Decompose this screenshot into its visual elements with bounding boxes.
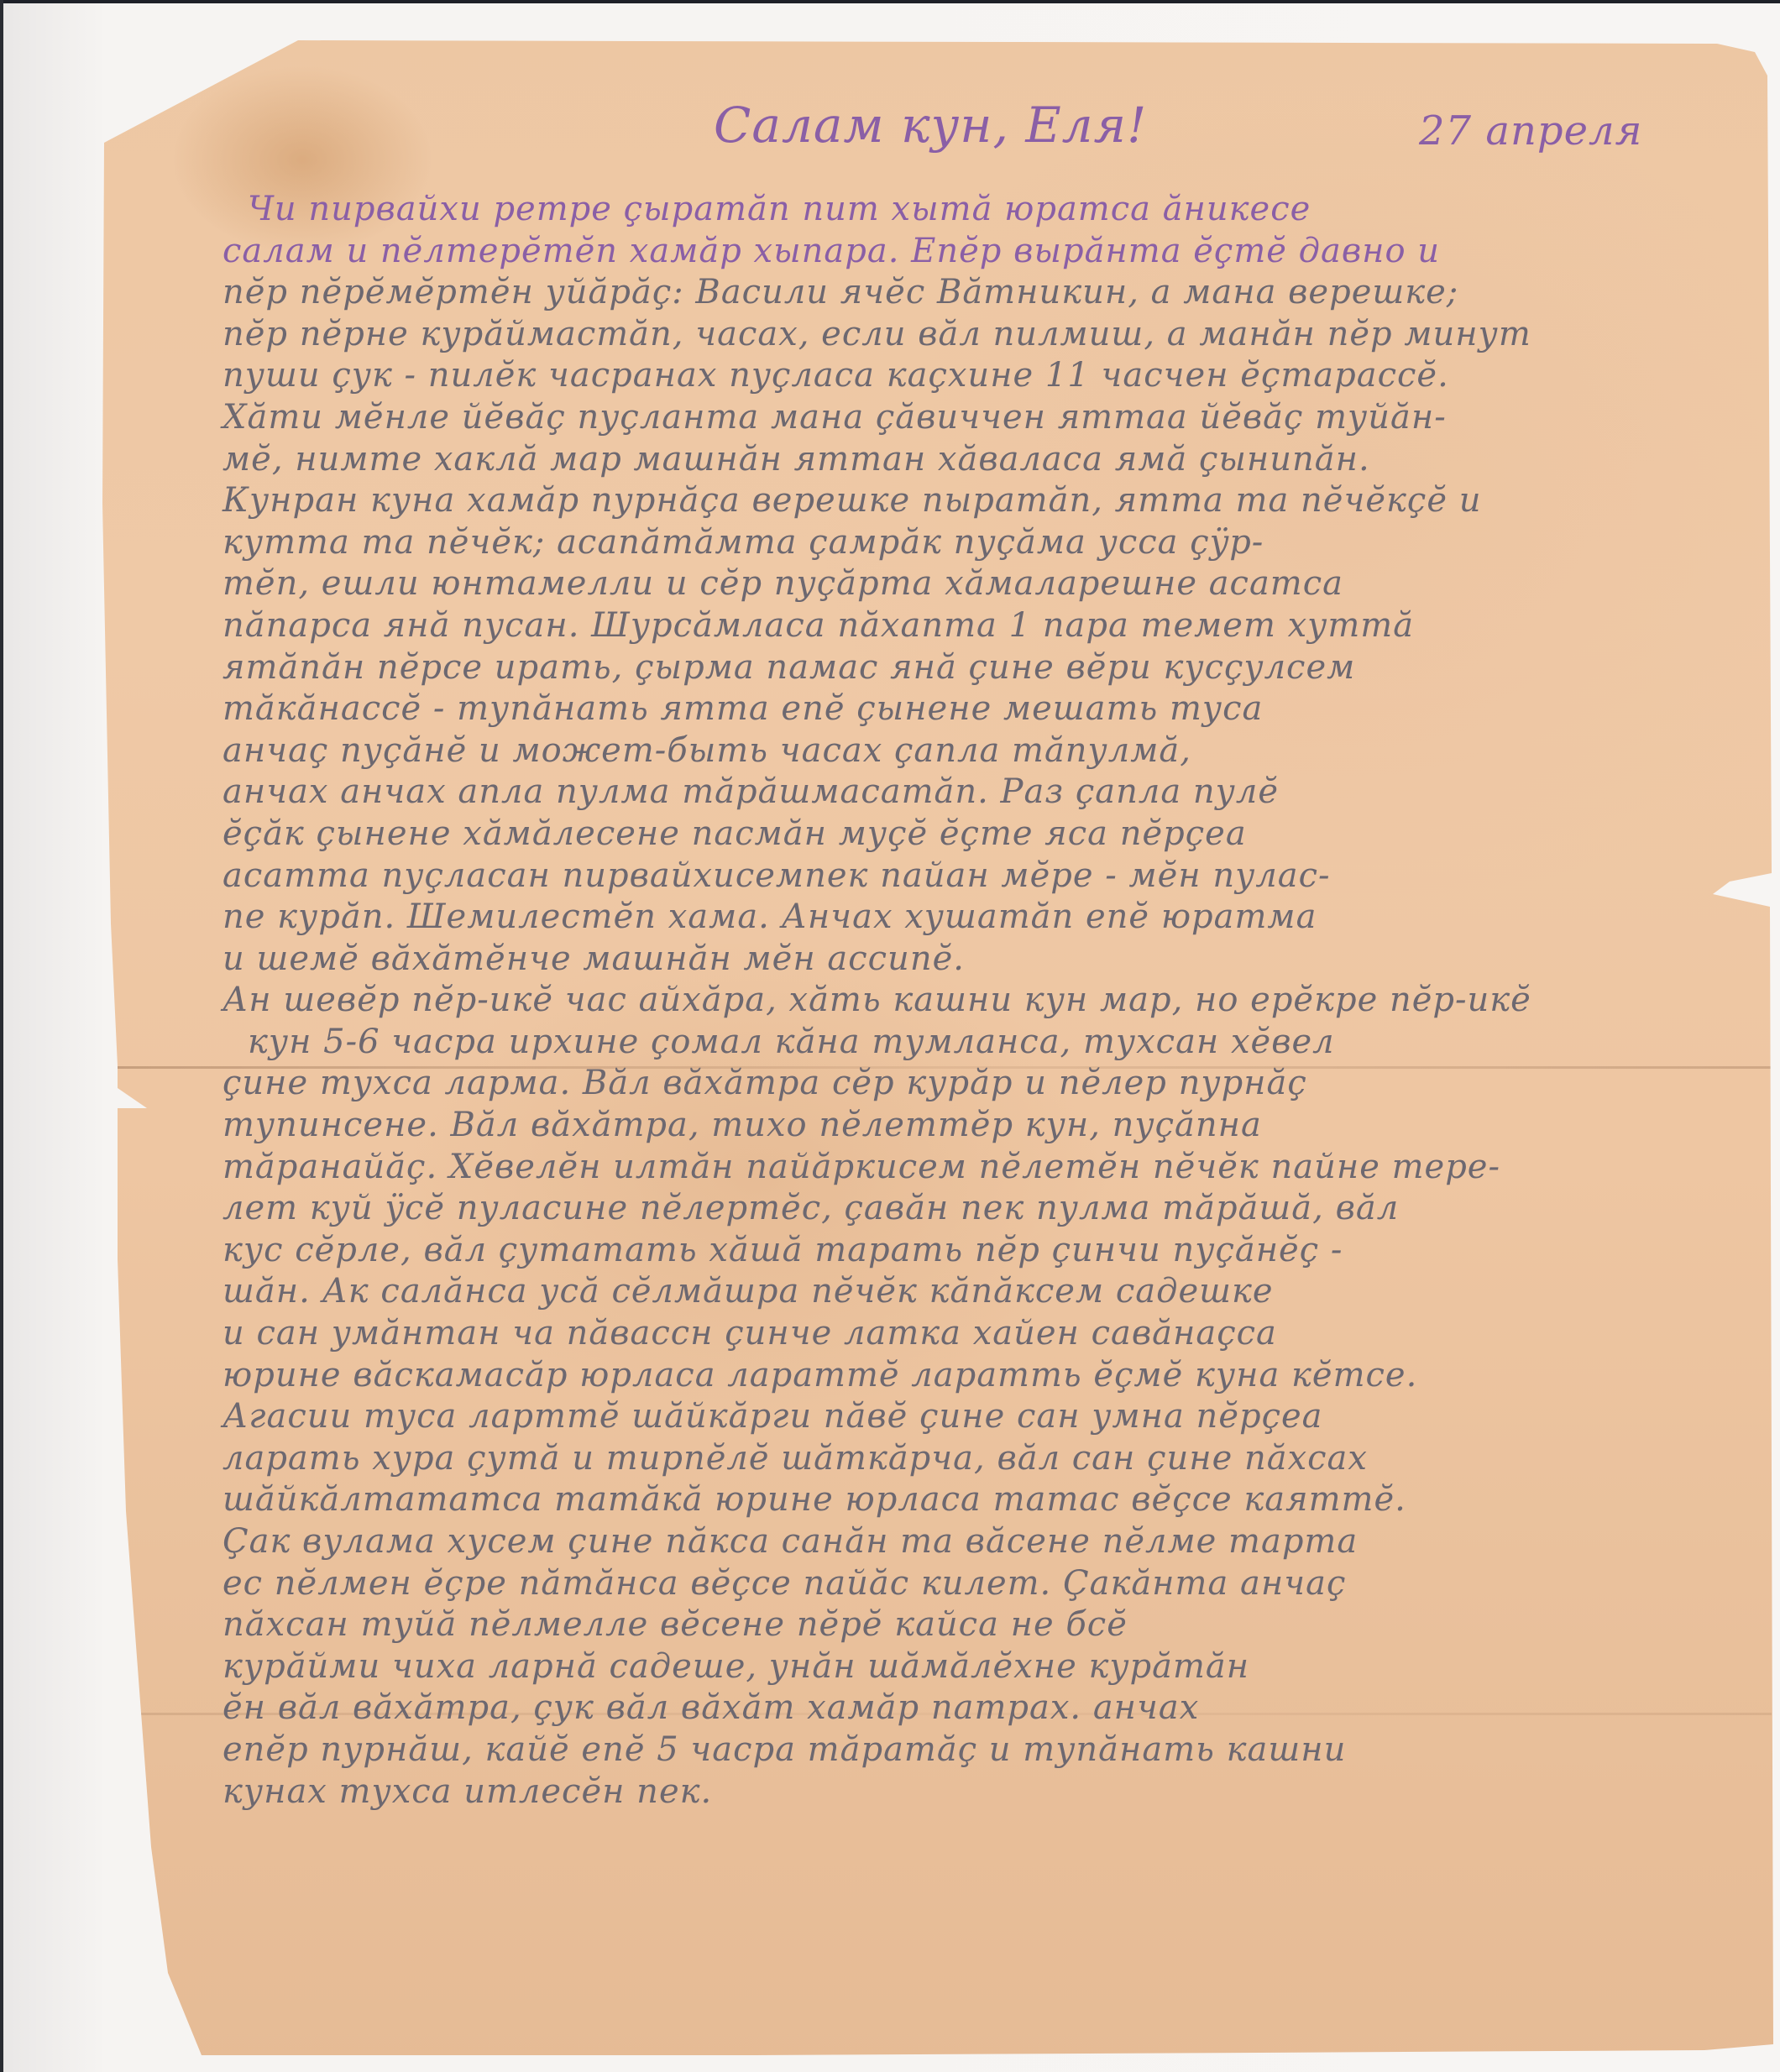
letter-line: пăпарса янă пусан. Шурсăмласа пăхапта 1 … [222,605,1767,647]
letter-line: шăн. Ак салăнса усă сĕлмăшра пĕчĕк кăпăк… [222,1271,1767,1313]
letter-line: лет куй ÿсĕ пуласине пĕлертĕс, çавăн пек… [222,1188,1767,1230]
letter-line: кус сĕрле, вăл çутатать хăшă тарать пĕр … [222,1230,1767,1272]
letter-line: тăранайăç. Хĕвелĕн илтăн пайăркисем пĕле… [222,1147,1767,1189]
letter-line: тăкăнассĕ - тупăнать ятта епĕ çынене меш… [222,688,1767,730]
scanner-left-edge [0,0,3,2072]
letter-line: пăхсан туйă пĕлмелле вĕсене пĕрĕ кайса н… [222,1604,1767,1646]
letter-line: и шемĕ вăхăтĕнче машнăн мĕн ассипĕ. [222,939,1767,981]
letter-date: 27 апреля [1419,107,1642,154]
letter-line: и сан умăнтан ча пăвассн çинче латка хай… [222,1313,1767,1355]
scanner-top-edge [0,0,1780,3]
letter-line: ес пĕлмен ĕçре пăтăнса вĕçсе пайăс килет… [222,1563,1767,1605]
letter-line: пĕр пĕрĕмĕртĕн уйăрăç: Васили ячĕс Вăтни… [222,272,1767,314]
letter-line: Агасии туса ларттĕ шăйкăрги пăвĕ çине са… [222,1396,1767,1438]
letter-line: пуши çук - пилĕк часранах пуçласа каçхин… [222,355,1767,397]
letter-body: Чи пирвайхи ретре çыратăп пит хытă юратс… [222,189,1767,1813]
letter-line: салам и пĕлтерĕтĕп хамăр хыпара. Епĕр вы… [222,231,1767,273]
letter-line: анчаç пуçăнĕ и может-быть часах çапла тă… [222,730,1767,772]
letter-line: çине тухса ларма. Вăл вăхăтра сĕр курăр … [222,1063,1767,1105]
letter-line: Кунран куна хамăр пурнăçа верешке пыратă… [222,480,1767,522]
letter-line: кунах тухса итлесĕн пек. [222,1771,1767,1813]
letter-greeting: Салам кун, Еля! [714,97,1147,154]
letter-line: ларать хура çутă и тирпĕлĕ шăткăрча, вăл… [222,1438,1767,1480]
letter-line: мĕ, нимте хаклă мар машнăн яттан хăвалас… [222,439,1767,481]
letter-line: епĕр пурнăш, кайĕ епĕ 5 часра тăратăç и … [222,1729,1767,1771]
letter-line: шăйкăлтататса татăкă юрине юрласа татас … [222,1479,1767,1521]
letter-line: пĕр пĕрне курăймастăп, часах, если вăл п… [222,314,1767,356]
letter-line: асатта пуçласан пирвайхисемпек пайан мĕр… [222,855,1767,897]
letter-line: Чи пирвайхи ретре çыратăп пит хытă юратс… [222,189,1767,231]
letter-line: тĕп, ешли юнтамелли и сĕр пуçăрта хăмала… [222,563,1767,605]
letter-line: курăйми чиха ларнă садеше, унăн шăмăлĕхн… [222,1646,1767,1688]
letter-line: кутта та пĕчĕк; асапăтăмта çамрăк пуçăма… [222,522,1767,564]
letter-line: Çак вулама хусем çине пăкса санăн та вăс… [222,1521,1767,1563]
letter-line: кун 5-6 часра ирхине çомал кăна тумланса… [222,1022,1767,1064]
letter-line: Хăти мĕнле йĕвăç пуçланта мана çăвиччен … [222,397,1767,439]
letter-line: тупинсене. Вăл вăхăтра, тихо пĕлеттĕр ку… [222,1105,1767,1147]
letter-line: Ан шевĕр пĕр-икĕ час айхăра, хăть кашни … [222,980,1767,1022]
letter-line: анчах анчах апла пулма тăрăшмасатăп. Раз… [222,772,1767,814]
letter-line: ĕн вăл вăхăтра, çук вăл вăхăт хамăр патр… [222,1687,1767,1729]
letter-line: ĕçăк çынене хăмăлесене пасмăн муçĕ ĕçте … [222,814,1767,855]
letter-line: пе курăп. Шемилестĕп хама. Анчах хушатăп… [222,897,1767,939]
letter-line: ятăпăн пĕрсе ирать, çырма памас янă çине… [222,647,1767,689]
letter-line: юрине вăскамасăр юрласа лараттĕ ларатть … [222,1355,1767,1397]
